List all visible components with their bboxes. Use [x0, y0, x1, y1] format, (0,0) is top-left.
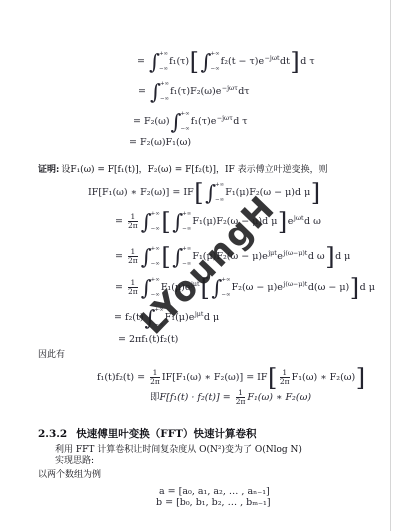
- implementation-text: 实现思路:: [55, 455, 94, 467]
- fraction: 12π: [128, 248, 138, 266]
- math-superscript: jμt: [268, 250, 277, 257]
- equation-line-a4: = F₂(ω)F₁(ω): [129, 130, 191, 156]
- math-text: = F₂(ω): [133, 116, 170, 127]
- fraction: 12π: [150, 369, 160, 387]
- big-bracket: ]: [290, 51, 299, 73]
- math-text: IF[F₁(ω) ∗ F₂(ω)] = IF: [162, 372, 268, 383]
- integral-sign: ∫+∞−∞: [145, 307, 164, 329]
- math-text: dτ: [238, 86, 249, 97]
- math-superscript: −jωt: [265, 55, 280, 62]
- big-bracket: ]: [325, 246, 334, 268]
- integral-sign: ∫+∞−∞: [150, 81, 169, 103]
- math-superscript: −jωτ: [222, 85, 238, 92]
- math-text: F₂(ω − μ)e: [232, 282, 283, 293]
- section-number: 2.3.2: [38, 428, 67, 440]
- math-superscript: j(ω−μ)t: [283, 250, 307, 257]
- math-text: =: [115, 282, 126, 293]
- fraction: 12π: [236, 389, 246, 407]
- math-text: d ω: [304, 216, 321, 227]
- math-text: = 2πf₁(t)f₂(t): [118, 334, 178, 345]
- math-text: =: [138, 86, 149, 97]
- math-text: d μ: [360, 282, 375, 293]
- math-text: F₁(μ)e: [161, 282, 191, 293]
- integral-sign: ∫+∞−∞: [201, 51, 220, 73]
- math-superscript: jμt: [191, 281, 200, 288]
- math-text: IF[F₁(ω) ∗ F₂(ω)] = IF: [88, 187, 194, 198]
- math-text: d μ: [204, 312, 219, 323]
- equation-line-b1: IF[F₁(ω) ∗ F₂(ω)] = IF[∫+∞−∞F₁(μ)F₂(ω − …: [88, 180, 321, 206]
- math-text: 即: [150, 392, 160, 403]
- math-text: F[f₁(t) · f₂(t)] =: [160, 392, 234, 403]
- math-text: dt: [280, 56, 290, 67]
- equation-line-c2: 即F[f₁(t) · f₂(t)] = 12πF₁(ω) ∗ F₂(ω): [150, 385, 311, 411]
- equation-line-a2: = ∫+∞−∞f₁(τ)F₂(ω)e−jωτdτ: [138, 79, 250, 105]
- math-text: =: [115, 251, 126, 262]
- math-text: F₁(μ)F₂(ω − μ)e: [192, 251, 267, 262]
- math-text: F₁(ω) ∗ F₂(ω): [292, 372, 356, 383]
- big-bracket: [: [161, 211, 170, 233]
- section-heading: 2.3.2快速傅里叶变换（FFT）快速计算卷积: [38, 426, 256, 441]
- math-text: =: [137, 56, 148, 67]
- big-bracket: ]: [311, 182, 320, 204]
- math-text: = F₂(ω)F₁(ω): [129, 137, 191, 148]
- math-text: a = [a₀, a₁, a₂, … , aₙ₋₁]: [159, 486, 270, 497]
- big-bracket: ]: [356, 367, 365, 389]
- array-b-line: b = [b₀, b₁, b₂, … , bₘ₋₁]: [156, 497, 271, 508]
- equation-line-b2: = 12π∫+∞−∞[∫+∞−∞F₁(μ)F₂(ω − μ)d μ]ejωtd …: [115, 209, 321, 235]
- array-a-line: a = [a₀, a₁, a₂, … , aₙ₋₁]: [159, 486, 270, 497]
- integral-sign: ∫+∞−∞: [172, 211, 191, 233]
- math-text: F₁(ω) ∗ F₂(ω): [247, 392, 311, 403]
- equation-line-b3: = 12π∫+∞−∞[∫+∞−∞F₁(μ)F₂(ω − μ)ejμtej(ω−μ…: [115, 244, 350, 270]
- document-page: = ∫+∞−∞f₁(τ)[∫+∞−∞f₂(t − τ)e−jωtdt]d τ =…: [0, 0, 396, 531]
- integral-sign: ∫+∞−∞: [141, 277, 160, 299]
- math-text: e: [288, 216, 294, 227]
- therefore-text: 因此有: [38, 349, 65, 361]
- math-superscript: jμt: [195, 311, 204, 318]
- math-text: d ω: [308, 251, 325, 262]
- integral-sign: ∫+∞−∞: [149, 51, 168, 73]
- math-text: F₁(μ)F₂(ω − μ)d μ: [225, 187, 310, 198]
- math-text: f₁(τ)e: [191, 116, 217, 127]
- equation-line-b6: = 2πf₁(t)f₂(t): [118, 327, 178, 353]
- big-bracket: [: [194, 182, 203, 204]
- fraction: 12π: [280, 369, 290, 387]
- fraction: 12π: [128, 279, 138, 297]
- math-superscript: j(ω−μ)t: [283, 281, 307, 288]
- math-text: b = [b₀, b₁, b₂, … , bₘ₋₁]: [156, 497, 271, 508]
- math-superscript: jωt: [294, 215, 304, 222]
- math-text: = f₂(t): [114, 312, 144, 323]
- proof-label: 证明:: [38, 165, 59, 175]
- math-text: d μ: [335, 251, 350, 262]
- big-bracket: ]: [350, 277, 359, 299]
- integral-sign: ∫+∞−∞: [172, 246, 191, 268]
- equation-line-a1: = ∫+∞−∞f₁(τ)[∫+∞−∞f₂(t − τ)e−jωtdt]d τ: [137, 49, 315, 75]
- math-text: f₂(t − τ)e: [221, 56, 264, 67]
- big-bracket: [: [161, 246, 170, 268]
- math-superscript: −jωτ: [217, 115, 233, 122]
- integral-sign: ∫+∞−∞: [141, 211, 160, 233]
- math-text: F₁(μ)F₂(ω − μ)d μ: [192, 216, 277, 227]
- math-text: d(ω − μ): [308, 282, 349, 293]
- proof-intro: 证明:设F₁(ω) = F[f₁(t)]，F₂(ω) = F[f₂(t)]，IF…: [38, 164, 328, 176]
- equation-line-b4: = 12π∫+∞−∞F₁(μ)ejμt[∫+∞−∞F₂(ω − μ)ej(ω−μ…: [115, 275, 375, 301]
- math-text: f₁(t)f₂(t) =: [97, 372, 148, 383]
- big-bracket: ]: [278, 211, 287, 233]
- math-text: d τ: [300, 56, 314, 67]
- math-text: =: [115, 216, 126, 227]
- integral-sign: ∫+∞−∞: [211, 277, 230, 299]
- example-lead-text: 以两个数组为例: [38, 469, 101, 481]
- integral-sign: ∫+∞−∞: [205, 182, 224, 204]
- big-bracket: [: [190, 51, 199, 73]
- page-right-edge: [390, 0, 391, 531]
- fraction: 12π: [128, 213, 138, 231]
- math-text: f₁(τ): [169, 56, 189, 67]
- integral-sign: ∫+∞−∞: [141, 246, 160, 268]
- big-bracket: [: [201, 277, 210, 299]
- proof-intro-text: 设F₁(ω) = F[f₁(t)]，F₂(ω) = F[f₂(t)]，IF 表示…: [61, 165, 327, 175]
- math-text: d τ: [233, 116, 247, 127]
- math-text: f₁(τ)F₂(ω)e: [170, 86, 221, 97]
- section-title: 快速傅里叶变换（FFT）快速计算卷积: [76, 428, 256, 440]
- math-text: F₁(μ)e: [165, 312, 195, 323]
